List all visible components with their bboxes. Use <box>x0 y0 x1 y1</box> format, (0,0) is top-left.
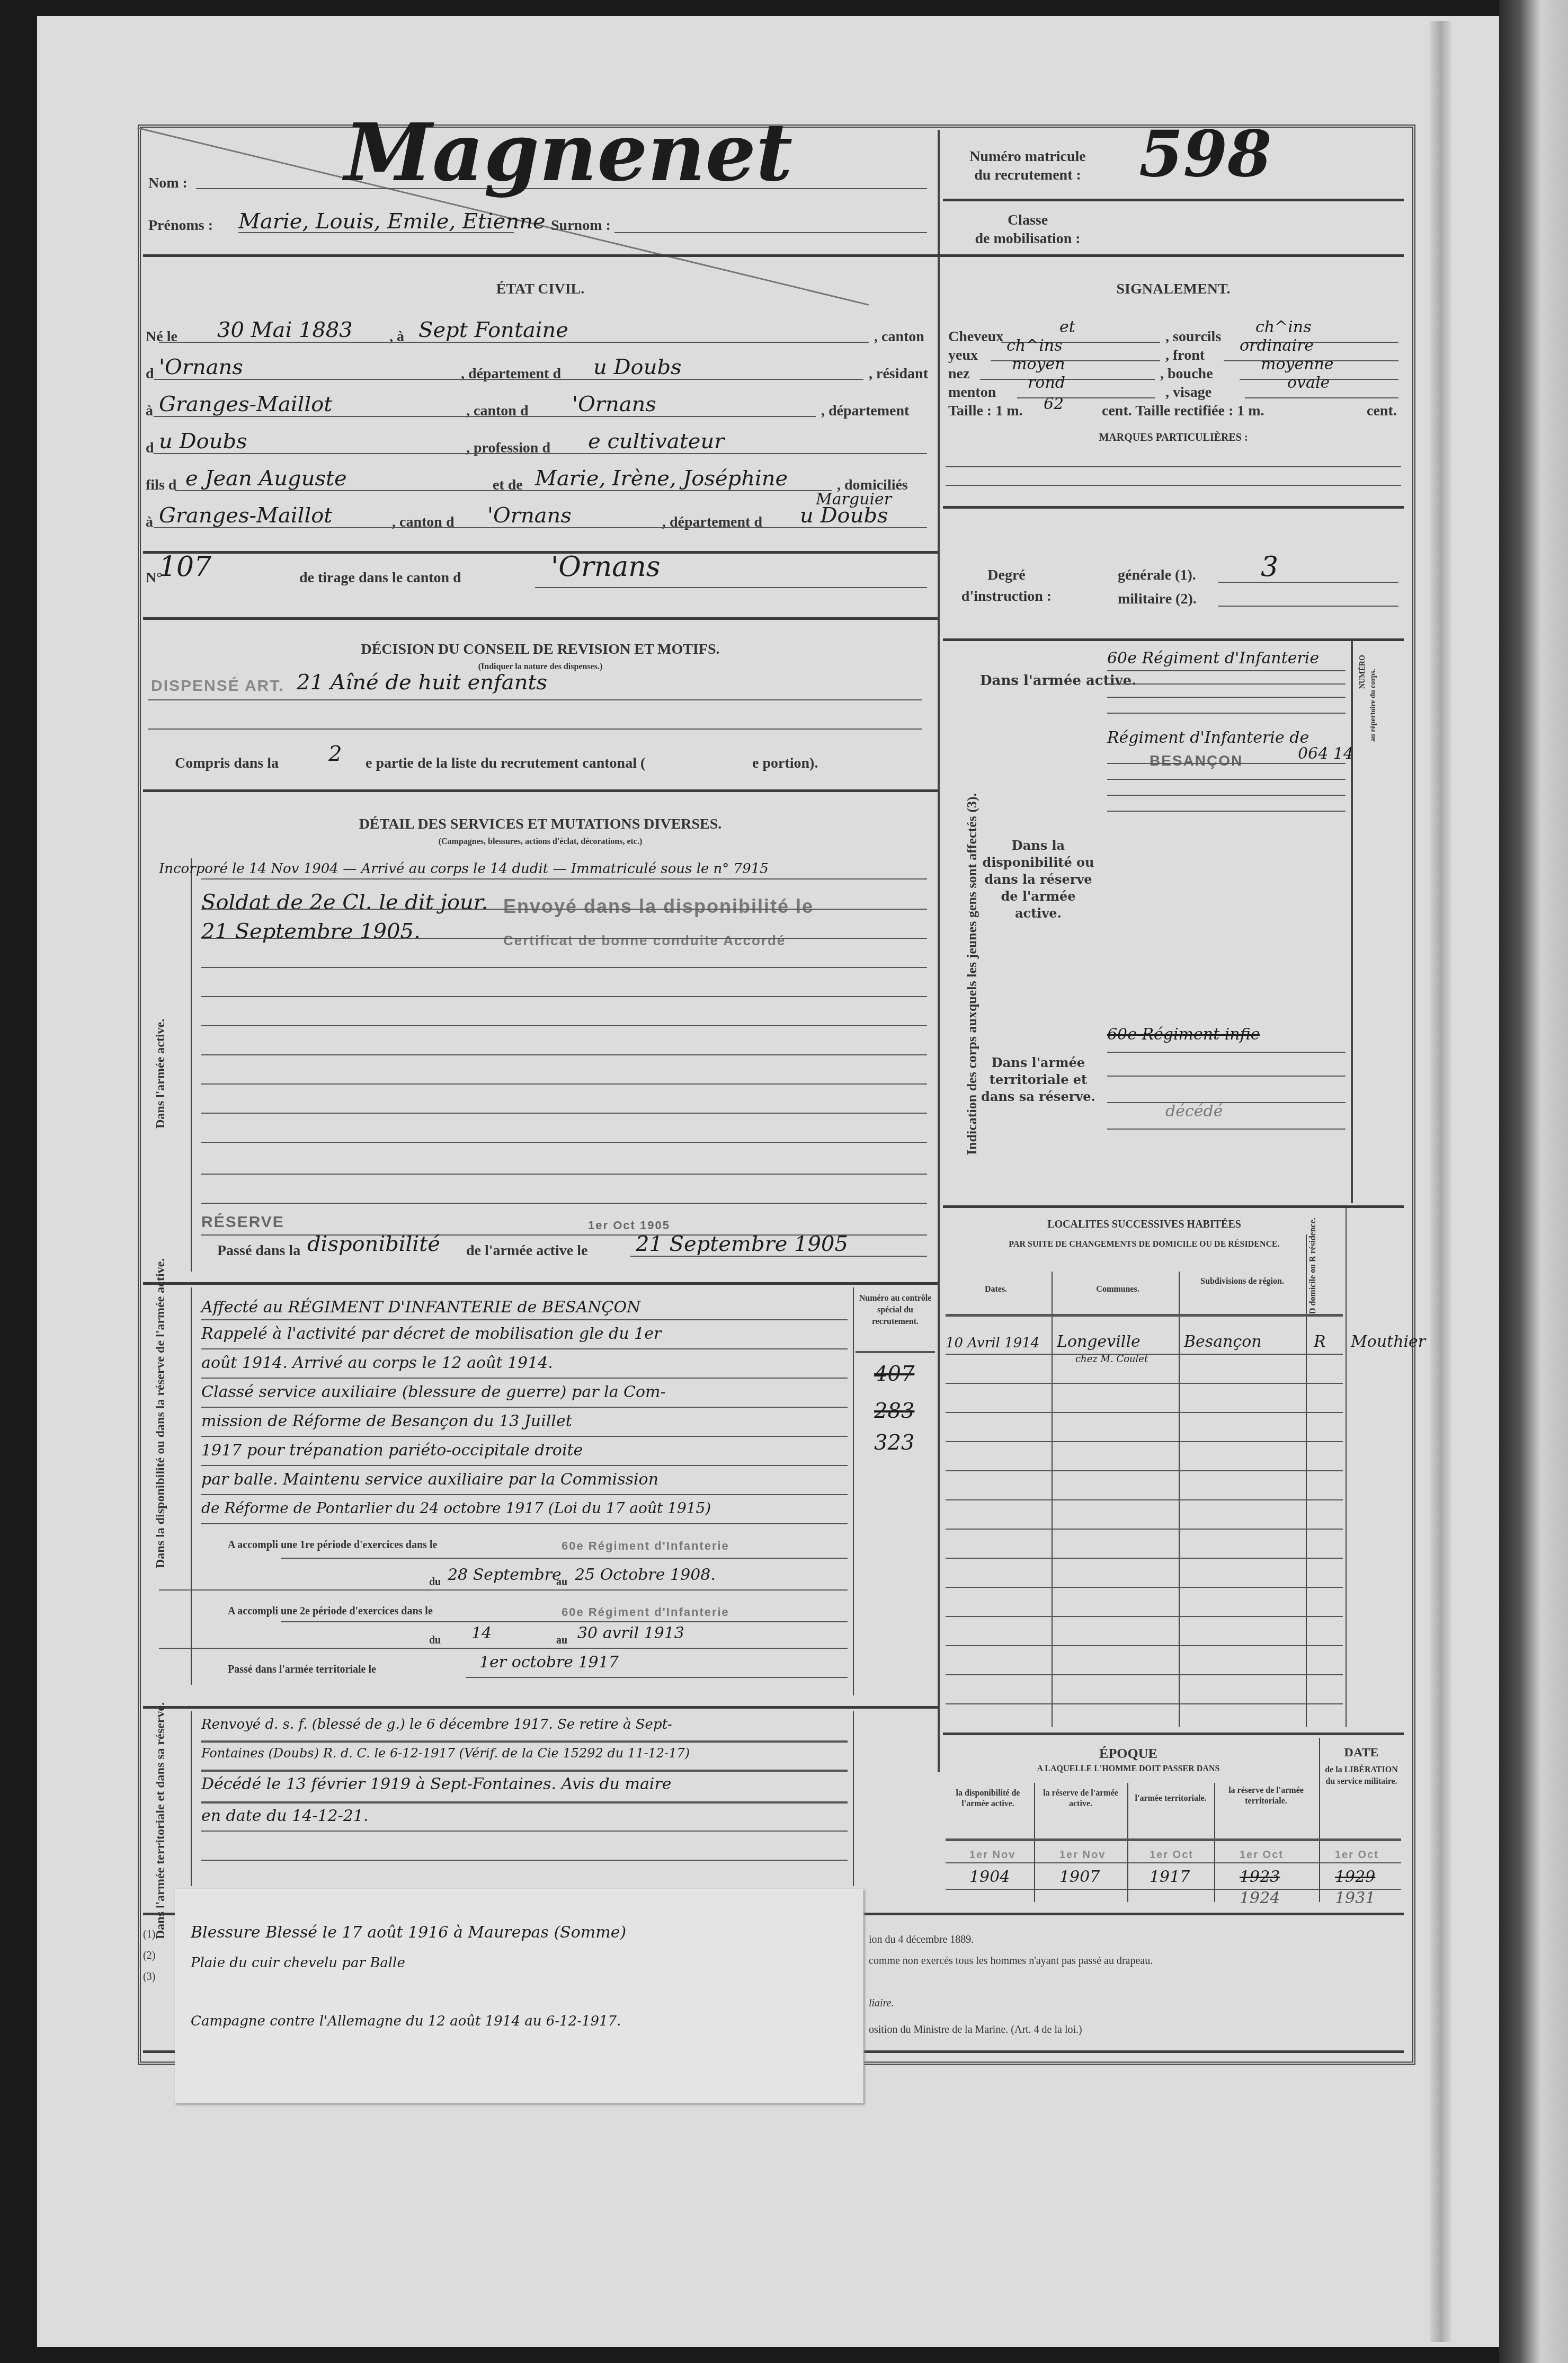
tirage-canton: 'Ornans <box>551 551 660 583</box>
pasted-note-slip <box>175 1889 863 2103</box>
date-liberation-corrected: 1931 <box>1335 1889 1375 1907</box>
classe-label-2: de mobilisation : <box>948 230 1107 247</box>
nez-value: moyen <box>1012 355 1065 374</box>
footnote-marker-1: (1) <box>143 1929 155 1941</box>
bouche-value: moyenne <box>1261 355 1334 374</box>
prenoms-label: Prénoms : <box>148 217 213 234</box>
yeux-value: ch^ins <box>1006 336 1063 355</box>
epoque-stamp-4: 1er Oct <box>1240 1849 1284 1861</box>
corps-active-value: 60e Régiment d'Infanterie <box>1107 649 1319 668</box>
surnom-label: Surnom : <box>551 217 611 234</box>
territoriale-line-2: Fontaines (Doubs) R. d. C. le 6-12-1917 … <box>201 1746 690 1761</box>
territoriale-date: 1er octobre 1917 <box>479 1653 619 1672</box>
conduite-stamp: Certificat de bonne conduite Accordé <box>503 932 786 949</box>
cheveux-value: et <box>1059 318 1075 336</box>
dispo-line-4: Classé service auxiliaire (blessure de g… <box>201 1383 666 1401</box>
territoriale-line-3: Décédé le 13 février 1919 à Sept-Fontain… <box>201 1775 671 1793</box>
visage-value: ovale <box>1287 374 1330 392</box>
localite-date: 10 Avril 1914 <box>946 1335 1039 1351</box>
mother-name: Marie, Irène, Joséphine <box>535 466 788 491</box>
birth-canton: 'Ornans <box>159 355 243 379</box>
epoque-disponibilite: 1904 <box>969 1868 1010 1886</box>
epoque-stamp-1: 1er Nov <box>969 1849 1015 1861</box>
page-fold <box>1430 21 1451 2342</box>
father-name: e Jean Auguste <box>185 466 347 491</box>
passe-date: 21 Septembre 1905 <box>636 1232 848 1256</box>
services-line-3: 21 Septembre 1905. <box>201 919 421 944</box>
prenoms-value: Marie, Louis, Emile, Etienne <box>238 209 546 234</box>
numero-controle-header: Numéro au contrôle spécial du recrutemen… <box>856 1293 935 1328</box>
menton-value: rond <box>1028 374 1065 392</box>
front-value: ordinaire <box>1240 336 1314 355</box>
epoque-territoriale: 1917 <box>1150 1868 1190 1886</box>
corps-side-label: Indication des corps auxquels les jeunes… <box>964 793 980 1155</box>
slip-line-3: Campagne contre l'Allemagne du 12 août 1… <box>191 2013 621 2029</box>
corps-dispo-label: Dans la disponibilité ou dans la réserve… <box>980 837 1097 922</box>
dispo-line-1: Affecté au RÉGIMENT D'INFANTERIE de BESA… <box>201 1298 640 1317</box>
localite-commune: Longeville <box>1057 1332 1141 1351</box>
footnote-3: liaire. <box>869 1997 894 2010</box>
residence-commune: Granges-Maillot <box>159 392 332 416</box>
dispense-stamp: DISPENSÉ ART. <box>151 677 284 695</box>
epoque-title: ÉPOQUE <box>943 1746 1314 1762</box>
footnote-2: comme non exercés tous les hommes n'ayan… <box>869 1955 1153 1967</box>
slip-line-2: Plaie du cuir chevelu par Balle <box>191 1955 405 1971</box>
corps-terr-value: décédé <box>1165 1102 1223 1121</box>
numero-controle-1: 407 <box>874 1362 914 1386</box>
nom-label: Nom : <box>148 175 188 192</box>
services-line-1: Incorporé le 14 Nov 1904 — Arrivé au cor… <box>159 861 769 877</box>
epoque-stamp-5: 1er Oct <box>1335 1849 1379 1861</box>
localite-margin-note: Mouthier <box>1351 1332 1426 1351</box>
birth-place: Sept Fontaine <box>418 318 568 342</box>
epoque-stamp-3: 1er Oct <box>1150 1849 1193 1861</box>
footnote-1: ion du 4 décembre 1889. <box>869 1934 974 1946</box>
date-liberation: 1929 <box>1335 1868 1375 1886</box>
slip-line-1: Blessure Blessé le 17 août 1916 à Maurep… <box>191 1923 626 1942</box>
etat-civil-title: ÉTAT CIVIL. <box>143 281 938 298</box>
reserve-stamp: RÉSERVE <box>201 1213 284 1231</box>
parents-canton: 'Ornans <box>487 503 572 528</box>
reserve-date-stamp: 1er Oct 1905 <box>588 1219 670 1232</box>
tirage-number: 107 <box>159 551 211 583</box>
matricule-label-1: Numéro matricule <box>948 148 1107 165</box>
passe-type: disponibilité <box>307 1232 440 1256</box>
periode2-regiment: 60e Régiment d'Infanterie <box>562 1605 729 1619</box>
corps-terr-struck: 60e Régiment infie <box>1107 1025 1260 1044</box>
corps-dispo-number: 064 14 <box>1298 744 1353 763</box>
dispo-side-label: Dans la disponibilité ou dans la réserve… <box>154 1258 168 1568</box>
ne-le-label: Né le <box>146 328 177 345</box>
periode2-au: 30 avril 1913 <box>577 1624 684 1642</box>
numero-repertoire-label: au répertoire du corps. <box>1369 669 1378 742</box>
matricule-label-2: du recrutement : <box>948 167 1107 184</box>
disponibilite-stamp: Envoyé dans la disponibilité le <box>503 895 814 918</box>
dispense-reason: 21 Aîné de huit enfants <box>297 670 547 695</box>
corps-dispo-stamp: BESANÇON <box>1150 752 1243 769</box>
matricule-value: 598 <box>1139 117 1272 191</box>
residence-canton: 'Ornans <box>572 392 656 416</box>
services-title: DÉTAIL DES SERVICES ET MUTATIONS DIVERSE… <box>143 816 938 833</box>
periode1-regiment: 60e Régiment d'Infanterie <box>562 1539 729 1553</box>
localite-commune-note: chez M. Coulet <box>1075 1354 1148 1365</box>
epoque-reserve-territoriale: 1923 <box>1240 1868 1280 1886</box>
parents-commune: Granges-Maillot <box>159 503 332 528</box>
numero-controle-2: 283 <box>874 1399 914 1423</box>
decision-title: DÉCISION DU CONSEIL DE REVISION ET MOTIF… <box>143 641 938 658</box>
date-liberation-title: DATE <box>1322 1746 1401 1760</box>
periode1-du: 28 Septembre <box>448 1566 562 1584</box>
territoriale-line-4: en date du 14-12-21. <box>201 1807 368 1825</box>
marques-title: MARQUES PARTICULIÈRES : <box>943 432 1404 444</box>
dispo-line-2: Rappelé à l'activité par décret de mobil… <box>201 1325 661 1343</box>
footnote-marker-2: (2) <box>143 1950 155 1962</box>
dispo-line-3: août 1914. Arrivé au corps le 12 août 19… <box>201 1354 553 1372</box>
territoriale-side-label: Dans l'armée territoriale et dans sa rés… <box>154 1702 168 1939</box>
column-divider <box>938 130 940 1772</box>
footnote-marker-3: (3) <box>143 1971 155 1983</box>
dispo-line-6: 1917 pour trépanation pariéto-occipitale… <box>201 1441 583 1460</box>
corps-active-label: Dans l'armée active. <box>980 673 1097 689</box>
dispo-line-8: de Réforme de Pontarlier du 24 octobre 1… <box>201 1499 711 1517</box>
classe-label-1: Classe <box>948 212 1107 229</box>
epoque-reserve-territoriale-corrected: 1924 <box>1240 1889 1280 1907</box>
birth-departement: u Doubs <box>593 355 682 379</box>
instruction-generale: 3 <box>1261 551 1278 583</box>
localite-subdivision: Besançon <box>1184 1332 1262 1351</box>
book-binding <box>1499 0 1568 2363</box>
territoriale-line-1: Renvoyé d. s. f. (blessé de g.) le 6 déc… <box>201 1717 672 1733</box>
periode1-au: 25 Octobre 1908. <box>575 1566 716 1584</box>
numero-controle-3: 323 <box>874 1431 914 1455</box>
services-line-2: Soldat de 2e Cl. le dit jour. <box>201 890 488 914</box>
epoque-stamp-2: 1er Nov <box>1059 1849 1106 1861</box>
taille-value: 62 <box>1044 395 1064 413</box>
liste-partie: 2 <box>328 742 342 766</box>
parents-departement: u Doubs <box>800 503 888 528</box>
localites-title: LOCALITES SUCCESSIVES HABITÉES <box>943 1219 1346 1231</box>
periode2-du: 14 <box>471 1624 492 1642</box>
dispo-line-7: par balle. Maintenu service auxiliaire p… <box>201 1470 658 1489</box>
profession: e cultivateur <box>588 429 724 454</box>
corps-terr-label: Dans l'armée territoriale et dans sa rés… <box>980 1054 1097 1105</box>
dispo-line-5: mission de Réforme de Besançon du 13 Jui… <box>201 1412 572 1431</box>
footnote-4: osition du Ministre de la Marine. (Art. … <box>869 2024 1082 2036</box>
localite-dr: R <box>1314 1332 1326 1351</box>
signalement-title: SIGNALEMENT. <box>943 281 1404 298</box>
services-side-label: Dans l'armée active. <box>154 1019 168 1129</box>
corps-dispo-value: Régiment d'Infanterie de <box>1107 729 1309 747</box>
epoque-reserve-active: 1907 <box>1059 1868 1100 1886</box>
birth-date: 30 Mai 1883 <box>217 318 353 342</box>
residence-departement: u Doubs <box>159 429 247 454</box>
sourcils-value: ch^ins <box>1255 318 1312 336</box>
nom-value: Magnenet <box>344 106 792 199</box>
